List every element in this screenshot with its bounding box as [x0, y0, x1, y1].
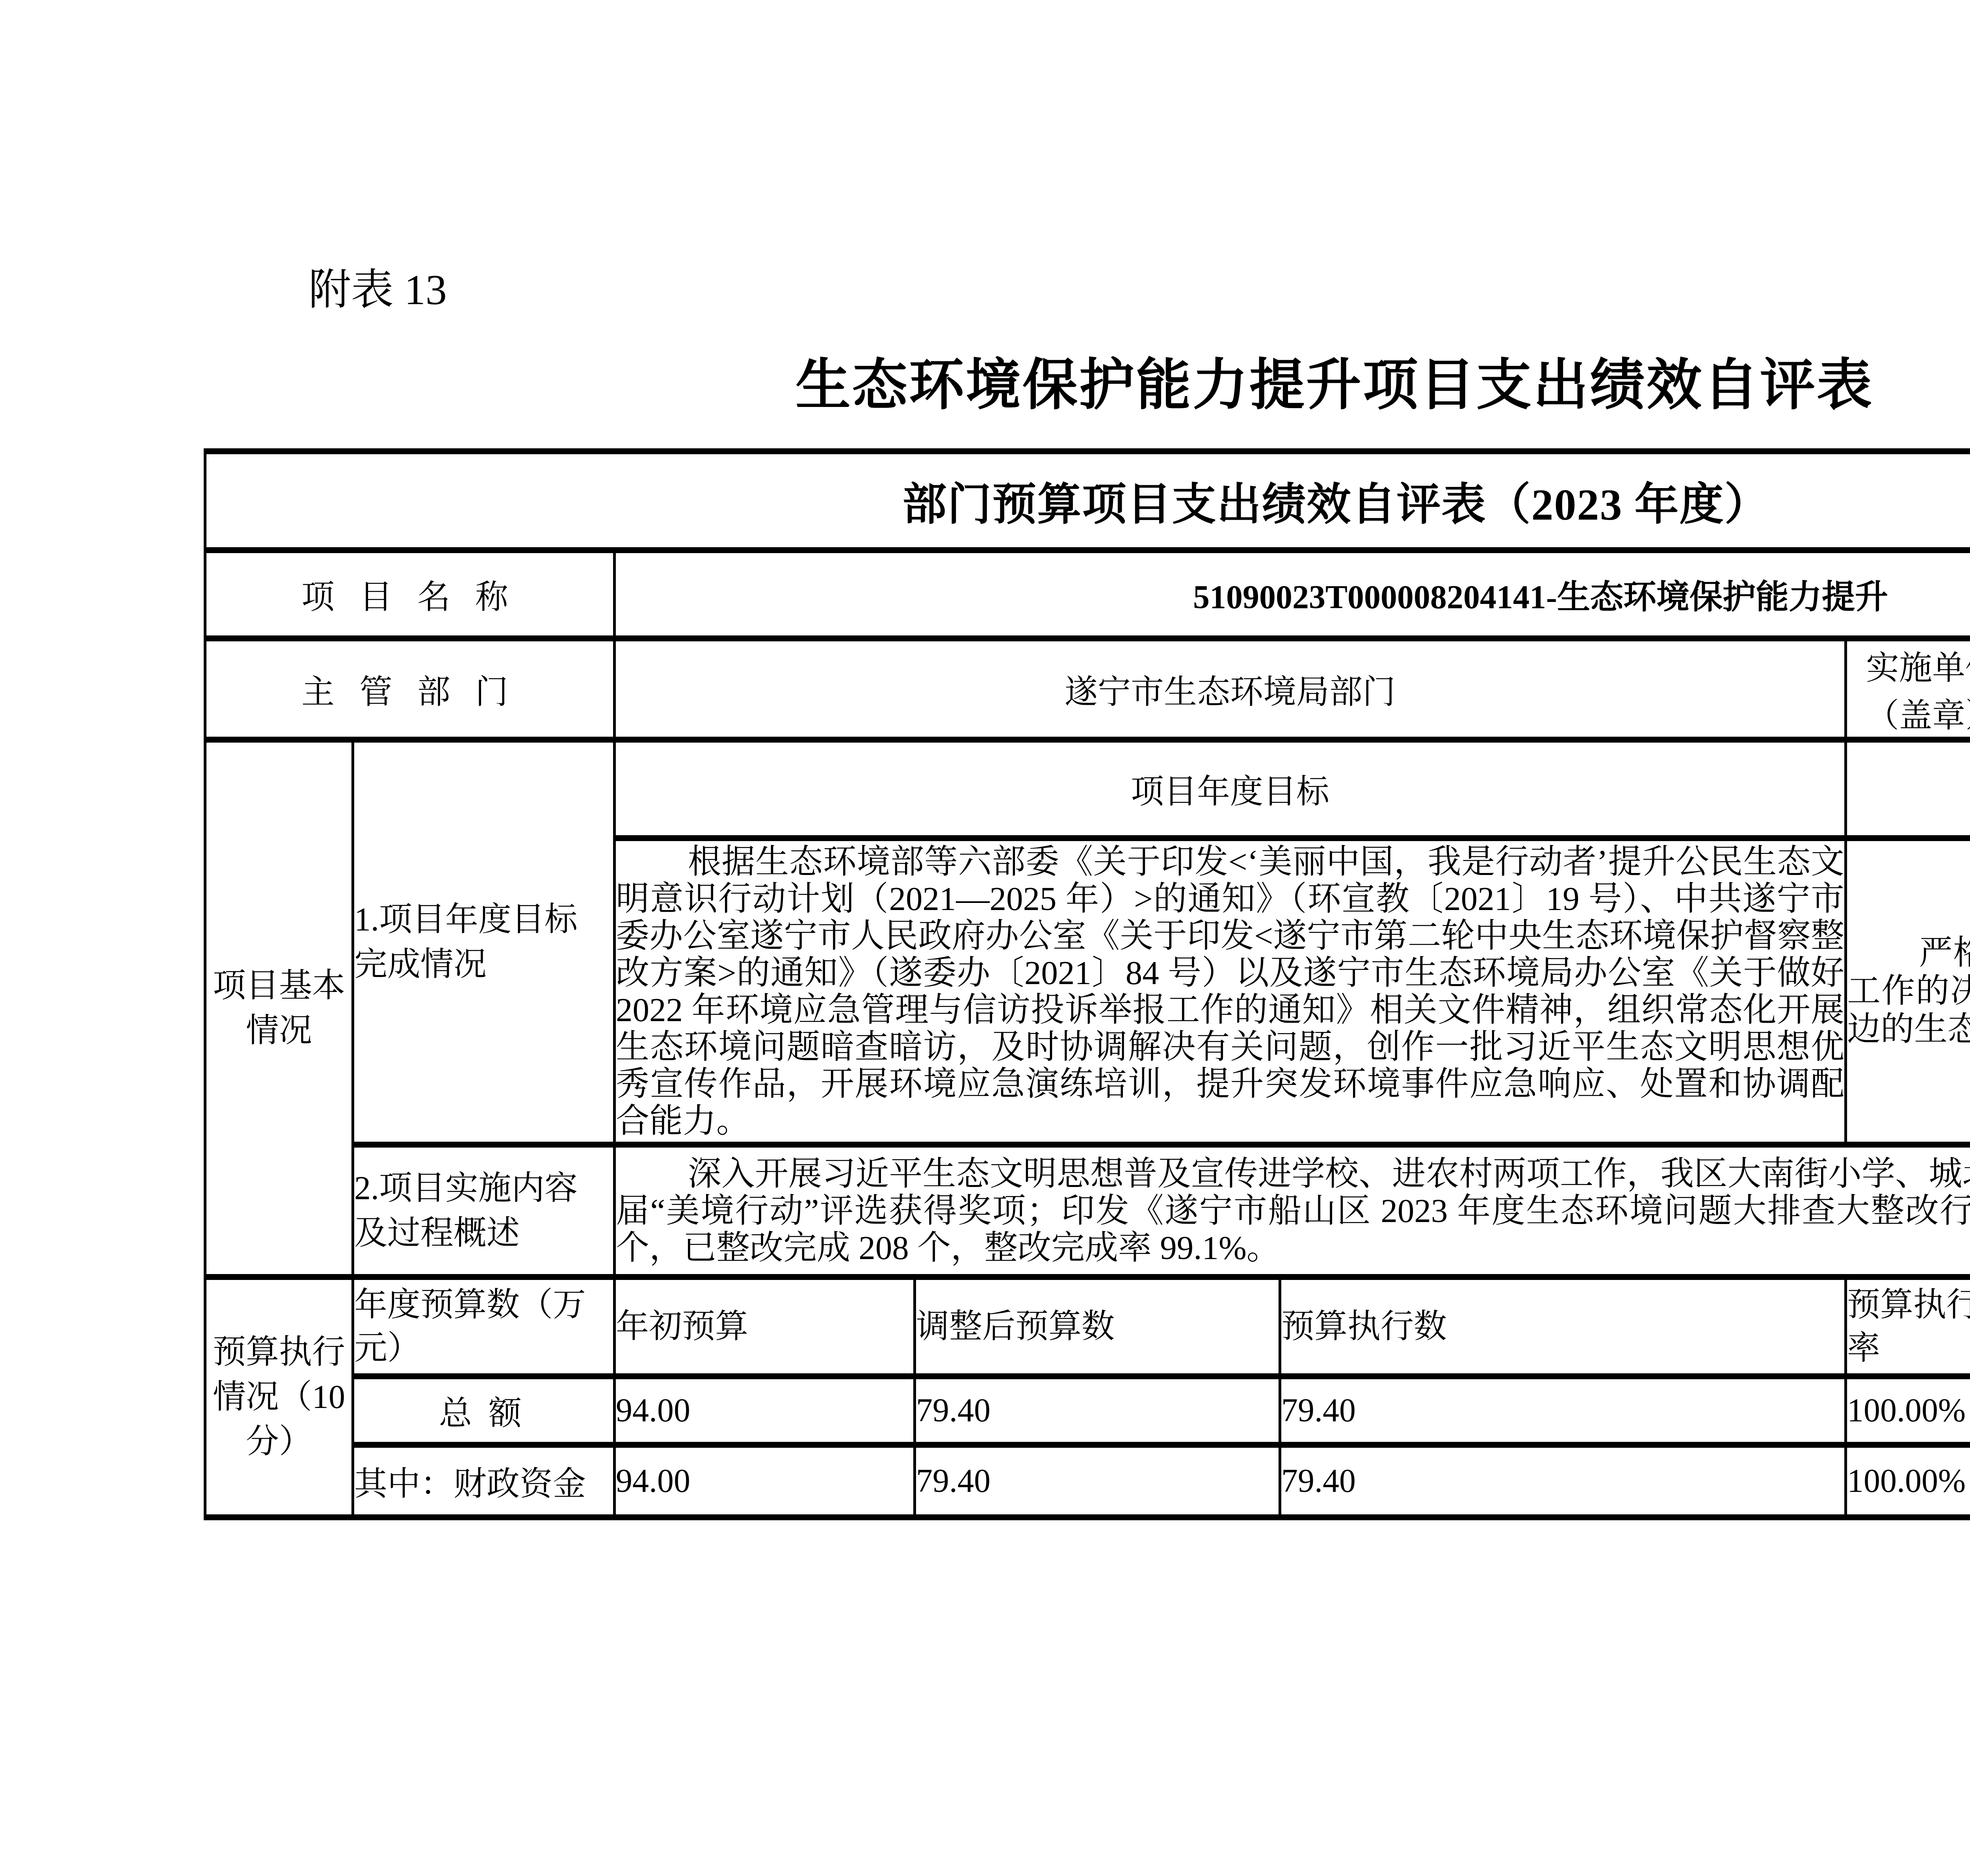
- budget-total-row: 总额 94.00 79.40 79.40 100.00% 10: [205, 1376, 1970, 1445]
- budget-col-adjusted: 调整后预算数: [915, 1277, 1280, 1376]
- table-title: 部门预算项目支出绩效自评表（2023 年度）: [205, 451, 1970, 550]
- annual-goal-text: 根据生态环境部等六部委《关于印发<‘美丽中国，我是行动者’提升公民生态文明意识行…: [615, 838, 1846, 1145]
- project-name-row: 项目名称 51090023T000008204141-生态环境保护能力提升: [205, 550, 1970, 639]
- budget-total-label: 总额: [353, 1376, 615, 1445]
- implementation-text: 深入开展习近平生态文明思想普及宣传进学校、进农村两项工作，我区大南街小学、城北小…: [615, 1145, 1970, 1277]
- budget-header-row: 预算执行 情况（10 分） 年度预算数（万 元） 年初预算 调整后预算数 预算执…: [205, 1277, 1970, 1376]
- document-page: 附表 13 生态环境保护能力提升项目支出绩效自评表 部门预算项目支出绩效自评表（…: [0, 0, 1970, 1876]
- implementation-row: 2.项目实施内容 及过程概述 深入开展习近平生态文明思想普及宣传进学校、进农村两…: [205, 1145, 1970, 1277]
- budget-section-label: 预算执行 情况（10 分）: [205, 1277, 353, 1518]
- implementation-label: 2.项目实施内容 及过程概述: [353, 1145, 615, 1277]
- department-label: 主管部门: [205, 639, 615, 740]
- goal-header-row: 项目基本 情况 1.项目年度目标 完成情况 项目年度目标 年度目标完成情况: [205, 740, 1970, 838]
- budget-col-initial: 年初预算: [615, 1277, 915, 1376]
- total-executed-value: 79.40: [1280, 1376, 1846, 1445]
- department-row: 主管部门 遂宁市生态环境局部门 实施单位 （盖章） 遂宁市船山生态环境局: [205, 639, 1970, 740]
- budget-fiscal-row: 其中：财政资金 94.00 79.40 79.40 100.00% / /: [205, 1445, 1970, 1518]
- goal-completion-text: 严格落实了中省市关于生态环境保护工作的决策部署，着力解决了人民群众身边的生态环境…: [1846, 838, 1970, 1145]
- total-rate-value: 100.00%: [1846, 1376, 1970, 1445]
- basic-info-section-label: 项目基本 情况: [205, 740, 353, 1277]
- attachment-label: 附表 13: [309, 267, 447, 314]
- department-value: 遂宁市生态环境局部门: [615, 639, 1846, 740]
- self-evaluation-table: 部门预算项目支出绩效自评表（2023 年度） 项目名称 51090023T000…: [204, 448, 1970, 1520]
- annual-goal-header: 项目年度目标: [615, 740, 1846, 838]
- total-adjusted-value: 79.40: [915, 1376, 1280, 1445]
- goal-completion-header: 年度目标完成情况: [1846, 740, 1970, 838]
- fiscal-adjusted-value: 79.40: [915, 1445, 1280, 1518]
- budget-col-executed: 预算执行数: [1280, 1277, 1846, 1376]
- fiscal-funds-label: 其中：财政资金: [353, 1445, 615, 1518]
- annual-goal-label: 1.项目年度目标 完成情况: [353, 740, 615, 1145]
- page-title: 生态环境保护能力提升项目支出绩效自评表: [204, 354, 1970, 417]
- project-name-value: 51090023T000008204141-生态环境保护能力提升: [615, 550, 1970, 639]
- project-name-label: 项目名称: [205, 550, 615, 639]
- table-title-row: 部门预算项目支出绩效自评表（2023 年度）: [205, 451, 1970, 550]
- total-initial-value: 94.00: [615, 1376, 915, 1445]
- budget-col-execution-rate: 预算执行 率: [1846, 1277, 1970, 1376]
- fiscal-rate-value: 100.00%: [1846, 1445, 1970, 1518]
- fiscal-initial-value: 94.00: [615, 1445, 915, 1518]
- fiscal-executed-value: 79.40: [1280, 1445, 1846, 1518]
- budget-col-annual-budget: 年度预算数（万 元）: [353, 1277, 615, 1376]
- implementing-unit-label: 实施单位 （盖章）: [1846, 639, 1970, 740]
